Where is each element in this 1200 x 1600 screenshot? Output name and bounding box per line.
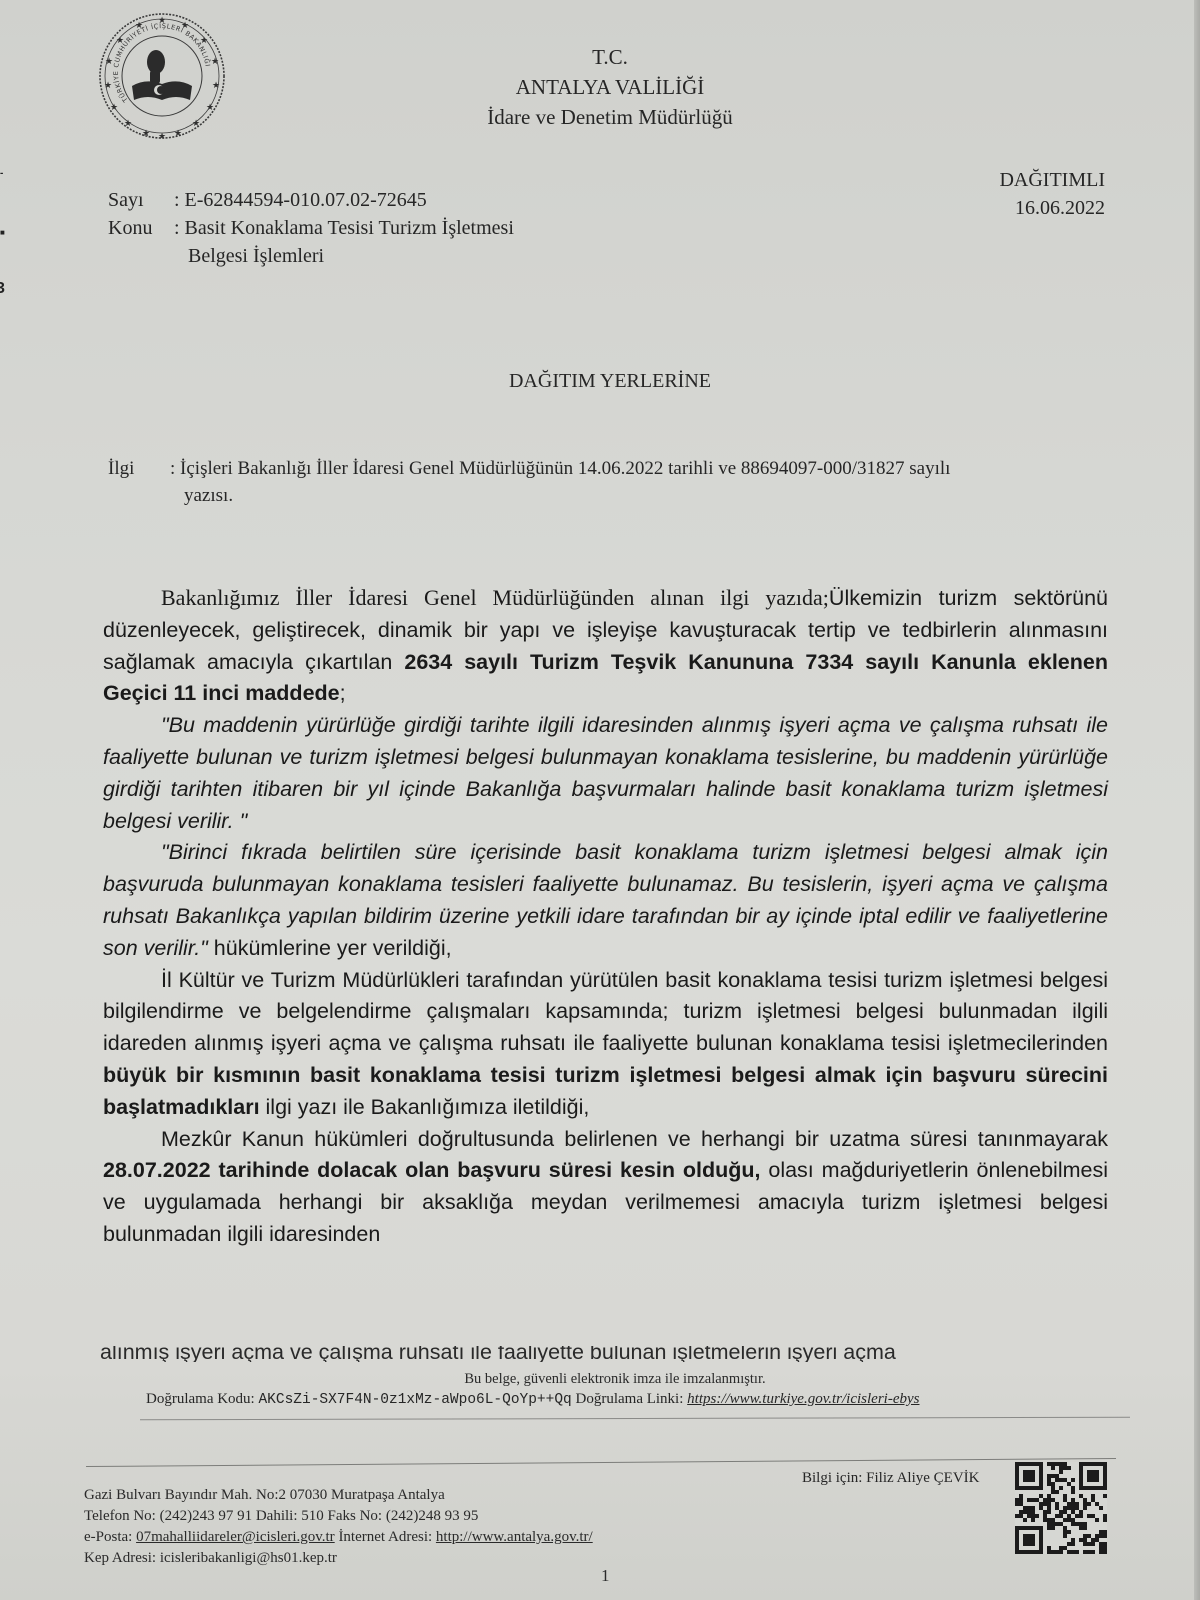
paragraph-3: İl Kültür ve Turizm Müdürlükleri tarafın… xyxy=(103,965,1108,1124)
footer-email-web: e-Posta: 07mahalliidareler@icisleri.gov.… xyxy=(84,1527,593,1548)
konu-label: Konu xyxy=(108,214,174,242)
footer-divider xyxy=(86,1458,1116,1467)
header-directorate: İdare ve Denetim Müdürlüğü xyxy=(430,102,790,132)
paper-edge xyxy=(1194,0,1200,1600)
distribution-label: DAĞITIMLI xyxy=(955,166,1105,194)
esign-note: Bu belge, güvenli elektronik imza ile im… xyxy=(0,1371,1200,1388)
header-governorship: ANTALYA VALİLİĞİ xyxy=(430,72,790,102)
konu-value-cont: Belgesi İşlemleri xyxy=(108,242,514,270)
contact-person: Bilgi için: Filiz Aliye ÇEVİK xyxy=(802,1470,980,1487)
cutoff-line: alınmış işyeri açma ve çalışma ruhsatı i… xyxy=(100,1346,1110,1362)
ministry-seal-icon: ★★★ ★★ ★★ ★★ ★★ ★★ ★★★ TÜRKİYE CUMHURİYE… xyxy=(96,8,228,144)
header-tc: T.C. xyxy=(430,42,790,72)
deadline: 28.07.2022 tarihinde dolacak olan başvur… xyxy=(103,1158,760,1182)
svg-text:★: ★ xyxy=(206,103,214,113)
edge-mark: ■ xyxy=(0,228,5,237)
quote-2: "Birinci fıkrada belirtilen süre içerisi… xyxy=(103,837,1108,964)
svg-text:★: ★ xyxy=(142,129,150,139)
verification-line: Doğrulama Kodu: AKCsZi-SX7F4N-0z1xMz-aWp… xyxy=(146,1391,919,1408)
verify-link[interactable]: https://www.turkiye.gov.tr/icisleri-ebys xyxy=(687,1391,919,1407)
svg-text:★: ★ xyxy=(211,57,219,67)
sayi-value: : E-62844594-010.07.02-72645 xyxy=(174,186,427,214)
edge-mark: - xyxy=(0,168,3,179)
edge-mark: 3 xyxy=(0,280,5,298)
reference-label: İlgi xyxy=(108,455,170,482)
document-page: ★★★ ★★ ★★ ★★ ★★ ★★ ★★★ TÜRKİYE CUMHURİYE… xyxy=(0,0,1200,1600)
document-meta: Sayı : E-62844594-010.07.02-72645 Konu :… xyxy=(108,186,514,270)
qr-code-icon xyxy=(1015,1462,1107,1554)
document-date: 16.06.2022 xyxy=(955,194,1105,222)
svg-text:★: ★ xyxy=(192,119,200,129)
svg-text:★: ★ xyxy=(124,119,132,129)
svg-text:★: ★ xyxy=(174,129,182,139)
svg-text:★: ★ xyxy=(158,132,166,142)
svg-text:★: ★ xyxy=(104,81,112,91)
verify-code: AKCsZi-SX7F4N-0z1xMz-aWpo6L-QoYp++Qq xyxy=(258,1392,571,1408)
letter-body: Bakanlığımız İller İdaresi Genel Müdürlü… xyxy=(103,582,1108,1251)
email-link[interactable]: 07mahalliidareler@icisleri.gov.tr xyxy=(136,1529,335,1545)
letterhead: T.C. ANTALYA VALİLİĞİ İdare ve Denetim M… xyxy=(430,42,790,132)
footer-phone: Telefon No: (242)243 97 91 Dahili: 510 F… xyxy=(84,1506,593,1527)
footer-kep: Kep Adresi: icisleribakanligi@hs01.kep.t… xyxy=(84,1548,593,1569)
reference-text-cont: yazısı. xyxy=(108,482,1098,509)
reference: İlgi : İçişleri Bakanlığı İller İdaresi … xyxy=(108,455,1098,509)
paragraph-1: Bakanlığımız İller İdaresi Genel Müdürlü… xyxy=(103,582,1108,710)
svg-text:★: ★ xyxy=(105,57,113,67)
website-link[interactable]: http://www.antalya.gov.tr/ xyxy=(436,1529,593,1545)
verify-link-label: Doğrulama Linki: xyxy=(576,1391,684,1407)
svg-text:★: ★ xyxy=(110,103,118,113)
svg-text:★: ★ xyxy=(212,81,220,91)
sayi-label: Sayı xyxy=(108,186,174,214)
divider xyxy=(140,1417,1130,1421)
konu-value: : Basit Konaklama Tesisi Turizm İşletmes… xyxy=(174,214,514,242)
reference-text: : İçişleri Bakanlığı İller İdaresi Genel… xyxy=(170,455,950,482)
verify-code-label: Doğrulama Kodu: xyxy=(146,1391,255,1407)
addressee: DAĞITIM YERLERİNE xyxy=(420,370,800,393)
paragraph-4: Mezkûr Kanun hükümleri doğrultusunda bel… xyxy=(103,1124,1108,1251)
distribution-date: DAĞITIMLI 16.06.2022 xyxy=(955,166,1105,222)
quote-1: "Bu maddenin yürürlüğe girdiği tarihte i… xyxy=(103,710,1108,837)
page-number: 1 xyxy=(601,1566,610,1586)
footer-contact: Gazi Bulvarı Bayındır Mah. No:2 07030 Mu… xyxy=(84,1485,593,1569)
footer-address: Gazi Bulvarı Bayındır Mah. No:2 07030 Mu… xyxy=(84,1485,593,1506)
